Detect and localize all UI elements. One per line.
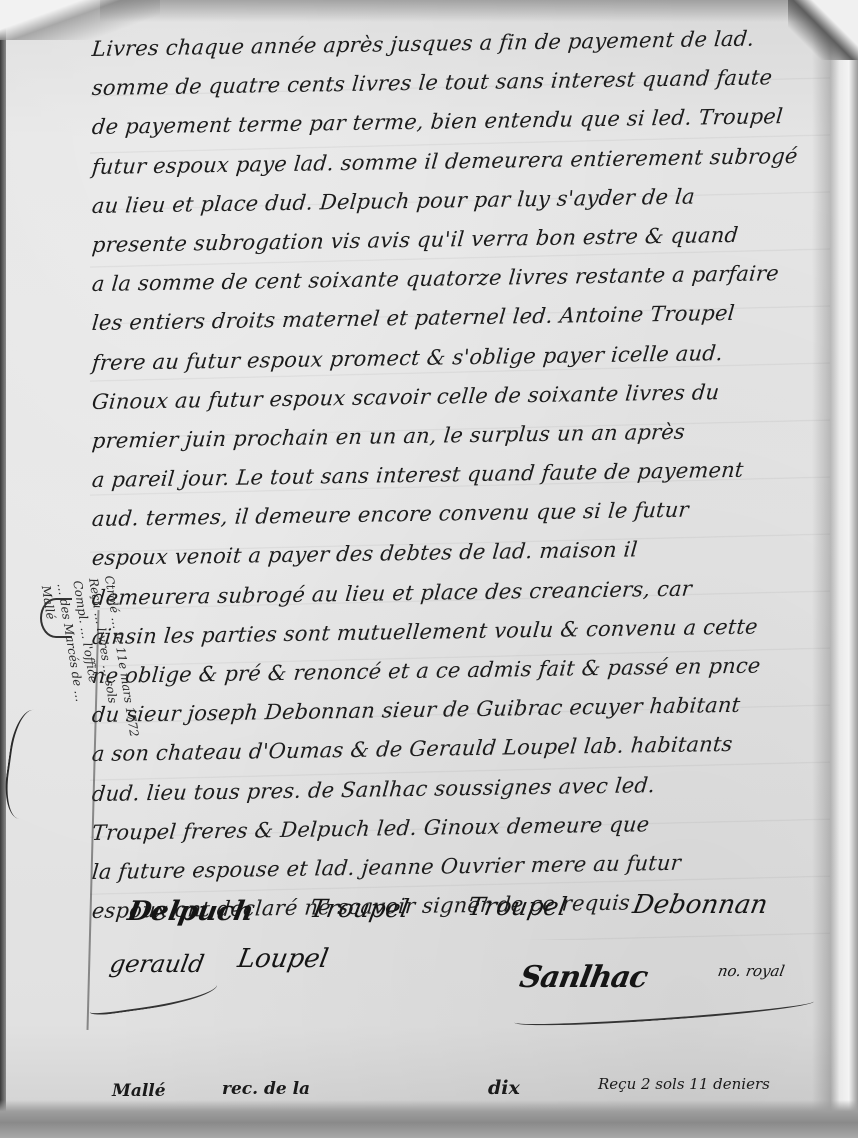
signature-block: Delpuch Troupel Troupel Debonnan gerauld… — [118, 890, 818, 1040]
signature-notary-paraph: no. royal — [716, 962, 786, 980]
footer-note: Mallé — [112, 1081, 166, 1101]
signature-debonnan: Debonnan — [630, 890, 770, 920]
top-edge-shadow — [100, 0, 820, 22]
footer-note: dix — [488, 1077, 520, 1099]
signature-flourish-underline — [514, 994, 814, 1031]
signature-troupel-2: Troupel — [465, 892, 569, 921]
binding-edge — [0, 0, 6, 1138]
signature-sanlhac: Sanlhac — [517, 960, 650, 995]
signature-troupel-1: Troupel — [307, 894, 411, 923]
footer-fee-note: Reçu 2 sols 11 deniers — [598, 1075, 770, 1093]
signature-delpuch: Delpuch — [125, 896, 256, 927]
handwritten-body: Livres chaque année après jusques a fin … — [92, 30, 832, 931]
torn-bottom-edge — [0, 1100, 858, 1138]
signature-loupel: Loupel — [235, 944, 330, 974]
footer-note: rec. de la — [222, 1079, 310, 1099]
signature-gerauld: gerauld — [108, 950, 207, 978]
document-page: Livres chaque année après jusques a fin … — [0, 0, 858, 1138]
margin-paraph-flourish — [1, 707, 62, 822]
